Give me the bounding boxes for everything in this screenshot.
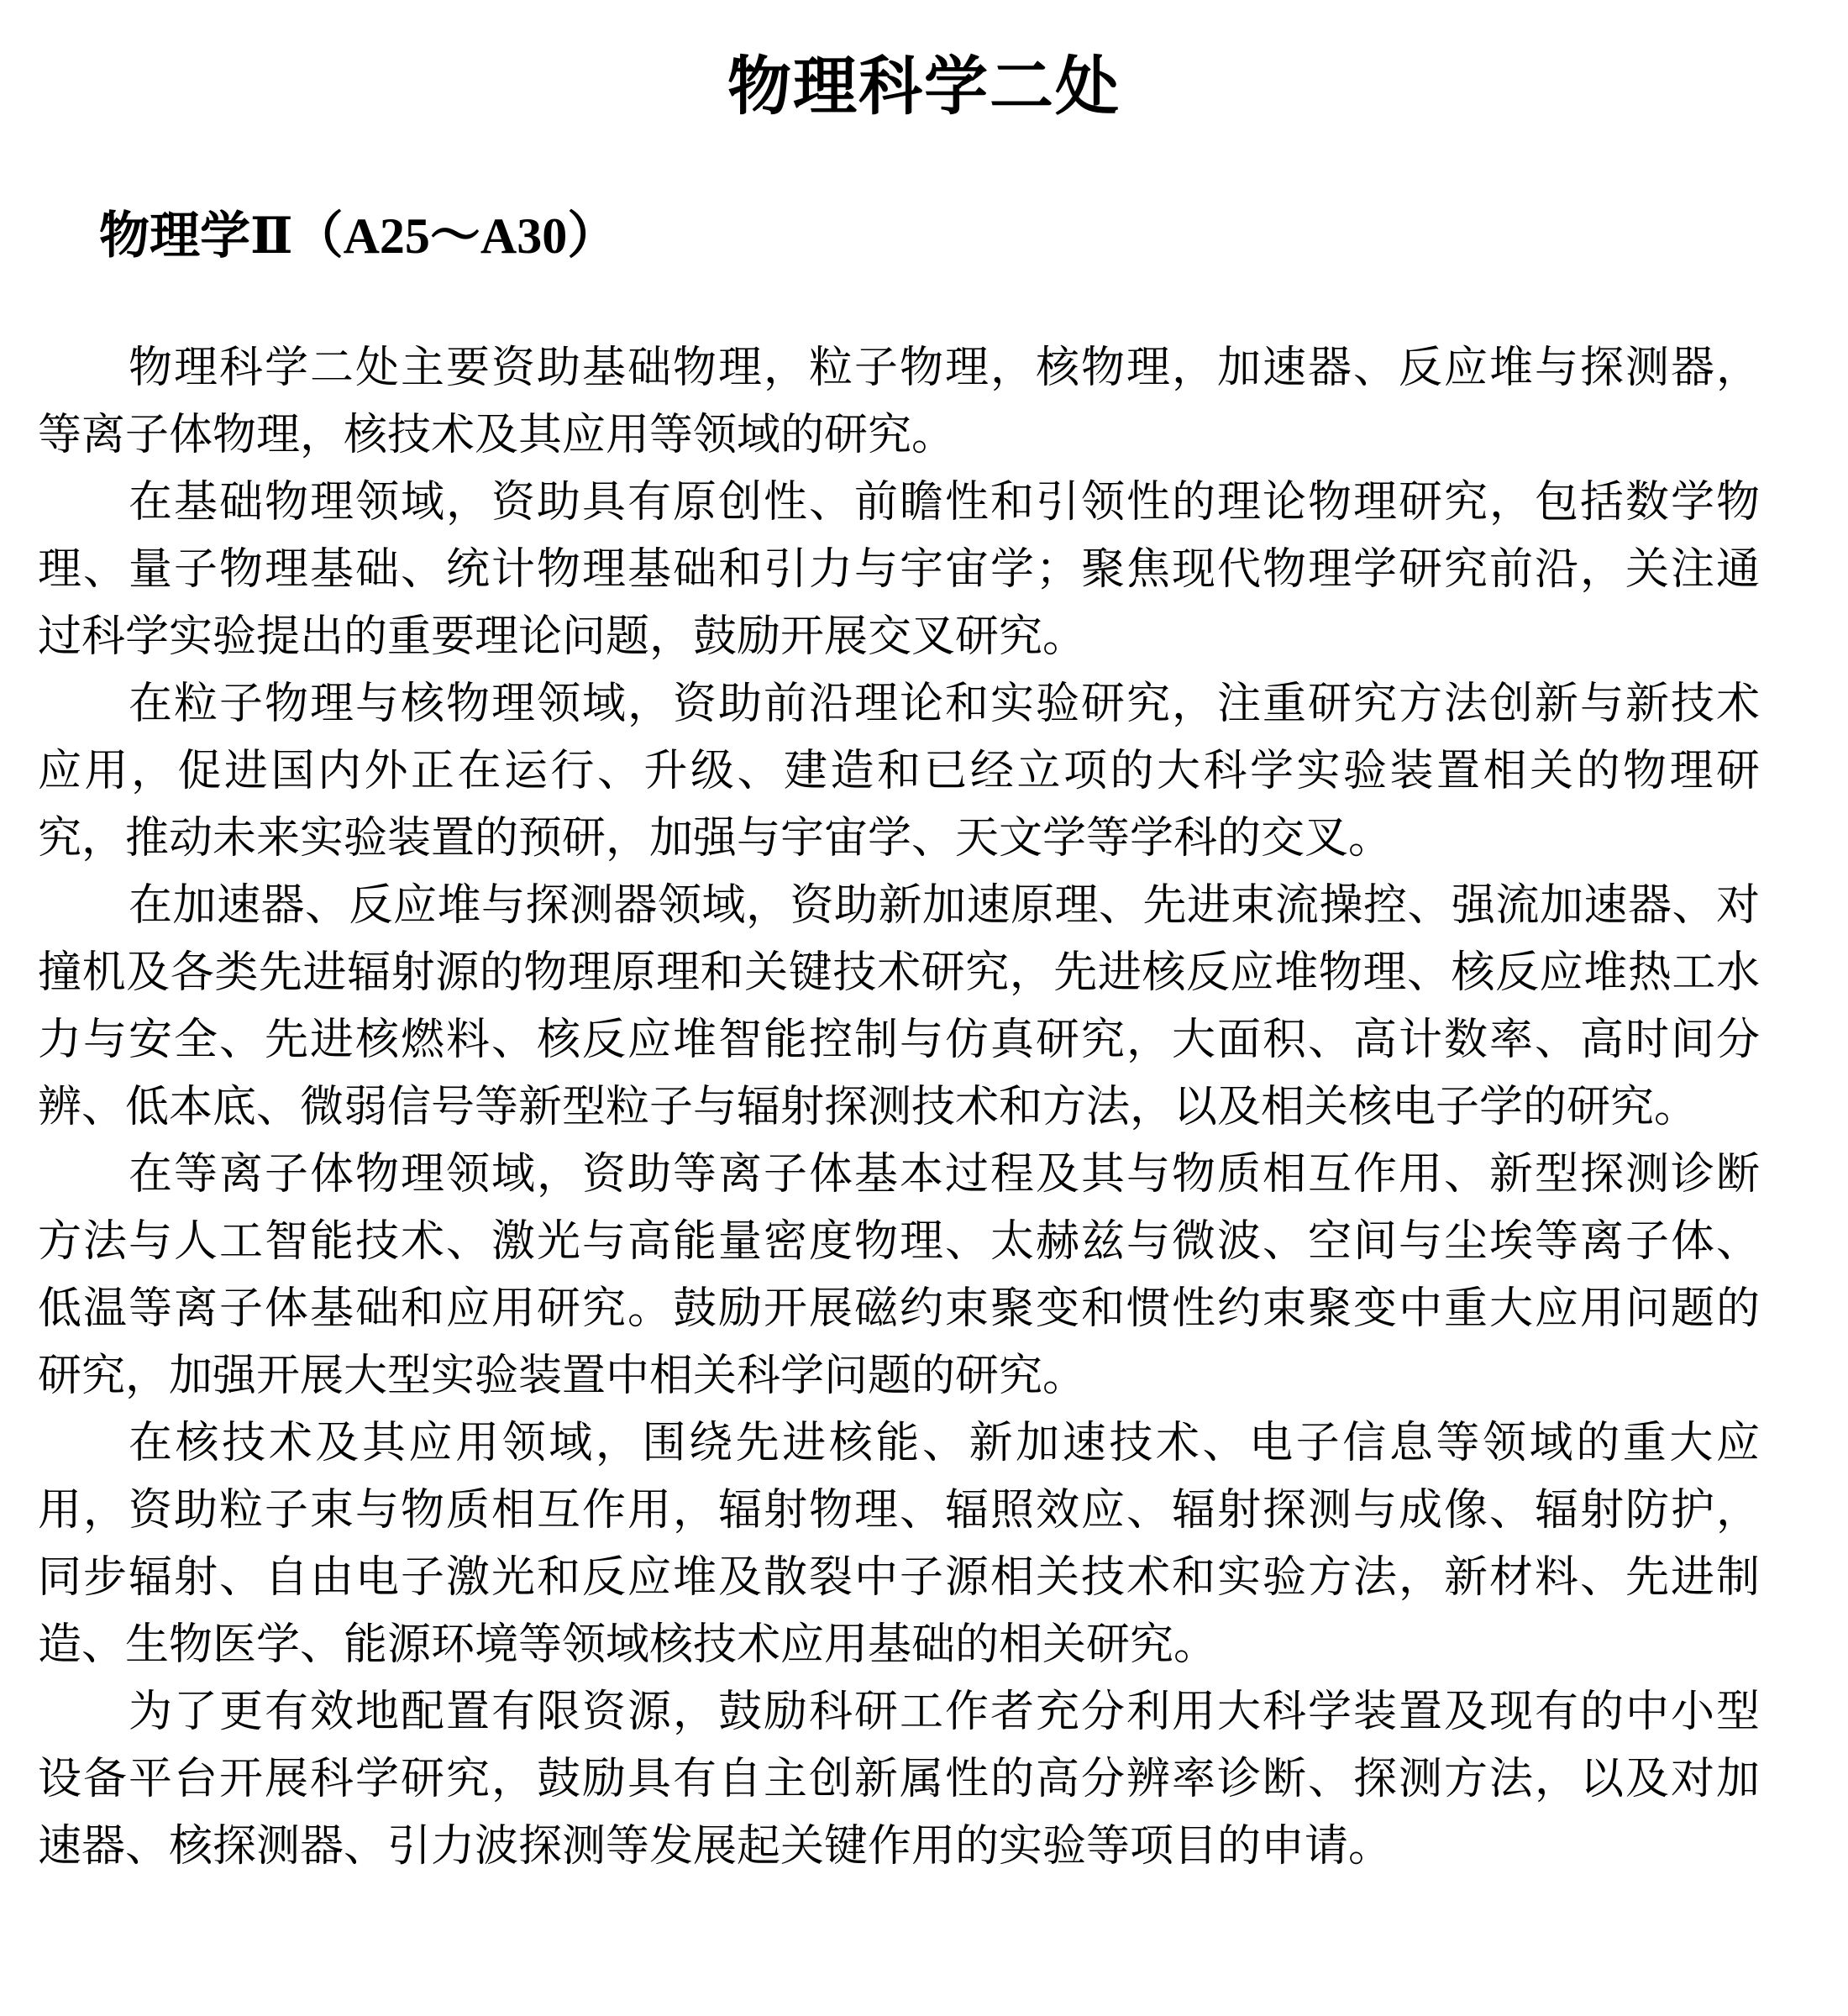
paragraph-particle-nuclear: 在粒子物理与核物理领域，资助前沿理论和实验研究，注重研究方法创新与新技术 应用，… (38, 671, 1760, 873)
text-line: 造、生物医学、能源环境等领域核技术应用基础的相关研究。 (38, 1612, 1760, 1679)
text-line: 在等离子体物理领域，资助等离子体基本过程及其与物质相互作用、新型探测诊断 (38, 1142, 1760, 1209)
paragraph-resource-allocation: 为了更有效地配置有限资源，鼓励科研工作者充分利用大科学装置及现有的中小型 设备平… (38, 1679, 1760, 1881)
paragraph-accelerator-reactor-detector: 在加速器、反应堆与探测器领域，资助新加速原理、先进束流操控、强流加速器、对 撞机… (38, 873, 1760, 1142)
body-text: 物理科学二处主要资助基础物理，粒子物理，核物理，加速器、反应堆与探测器， 等离子… (38, 335, 1760, 1881)
document-page: 物理科学二处 物理学Ⅱ（A25～A30） 物理科学二处主要资助基础物理，粒子物理… (0, 0, 1848, 2016)
text-line: 在粒子物理与核物理领域，资助前沿理论和实验研究，注重研究方法创新与新技术 (38, 671, 1760, 738)
text-line: 物理科学二处主要资助基础物理，粒子物理，核物理，加速器、反应堆与探测器， (38, 335, 1760, 402)
text-line: 辨、低本底、微弱信号等新型粒子与辐射探测技术和方法，以及相关核电子学的研究。 (38, 1074, 1760, 1142)
text-line: 方法与人工智能技术、激光与高能量密度物理、太赫兹与微波、空间与尘埃等离子体、 (38, 1209, 1760, 1276)
text-line: 在基础物理领域，资助具有原创性、前瞻性和引领性的理论物理研究，包括数学物 (38, 470, 1760, 537)
paragraph-nuclear-technology: 在核技术及其应用领域，围绕先进核能、新加速技术、电子信息等领域的重大应 用，资助… (38, 1410, 1760, 1679)
page-title: 物理科学二处 (0, 0, 1848, 126)
text-line: 究，推动未来实验装置的预研，加强与宇宙学、天文学等学科的交叉。 (38, 806, 1760, 873)
text-line: 速器、核探测器、引力波探测等发展起关键作用的实验等项目的申请。 (38, 1814, 1760, 1881)
text-line: 在加速器、反应堆与探测器领域，资助新加速原理、先进束流操控、强流加速器、对 (38, 873, 1760, 940)
paragraph-basic-physics: 在基础物理领域，资助具有原创性、前瞻性和引领性的理论物理研究，包括数学物 理、量… (38, 470, 1760, 671)
paragraph-plasma-physics: 在等离子体物理领域，资助等离子体基本过程及其与物质相互作用、新型探测诊断 方法与… (38, 1142, 1760, 1410)
text-line: 同步辐射、自由电子激光和反应堆及散裂中子源相关技术和实验方法，新材料、先进制 (38, 1545, 1760, 1612)
text-line: 设备平台开展科学研究，鼓励具有自主创新属性的高分辨率诊断、探测方法，以及对加 (38, 1746, 1760, 1814)
text-line: 撞机及各类先进辐射源的物理原理和关键技术研究，先进核反应堆物理、核反应堆热工水 (38, 940, 1760, 1007)
text-line: 用，资助粒子束与物质相互作用，辐射物理、辐照效应、辐射探测与成像、辐射防护， (38, 1478, 1760, 1545)
text-line: 研究，加强开展大型实验装置中相关科学问题的研究。 (38, 1343, 1760, 1410)
text-line: 在核技术及其应用领域，围绕先进核能、新加速技术、电子信息等领域的重大应 (38, 1410, 1760, 1478)
text-line: 过科学实验提出的重要理论问题，鼓励开展交叉研究。 (38, 604, 1760, 671)
paragraph-scope: 物理科学二处主要资助基础物理，粒子物理，核物理，加速器、反应堆与探测器， 等离子… (38, 335, 1760, 470)
text-line: 低温等离子体基础和应用研究。鼓励开展磁约束聚变和惯性约束聚变中重大应用问题的 (38, 1276, 1760, 1343)
text-line: 理、量子物理基础、统计物理基础和引力与宇宙学；聚焦现代物理学研究前沿，关注通 (38, 537, 1760, 604)
text-line: 应用，促进国内外正在运行、升级、建造和已经立项的大科学实验装置相关的物理研 (38, 738, 1760, 806)
text-line: 为了更有效地配置有限资源，鼓励科研工作者充分利用大科学装置及现有的中小型 (38, 1679, 1760, 1746)
text-line: 等离子体物理，核技术及其应用等领域的研究。 (38, 402, 1760, 470)
section-heading: 物理学Ⅱ（A25～A30） (99, 206, 1848, 266)
text-line: 力与安全、先进核燃料、核反应堆智能控制与仿真研究，大面积、高计数率、高时间分 (38, 1007, 1760, 1074)
